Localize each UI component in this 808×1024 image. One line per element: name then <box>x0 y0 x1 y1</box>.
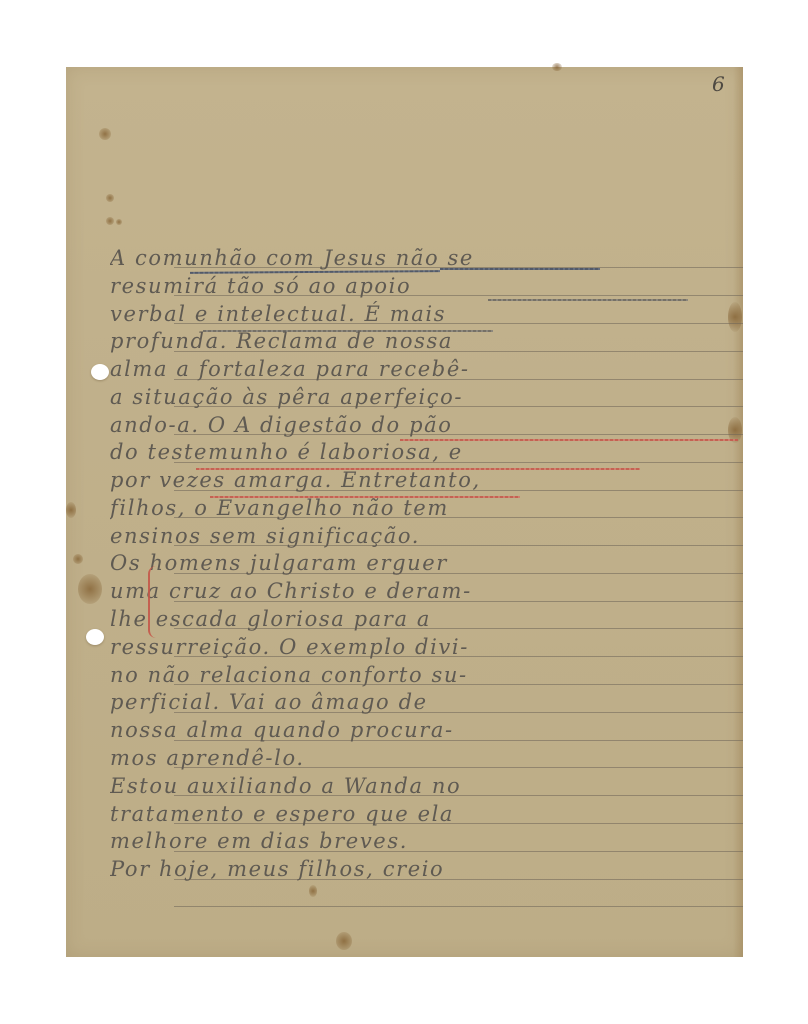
underline-blue <box>440 268 600 270</box>
handwritten-line: ando-a. O A digestão do pão <box>110 409 676 437</box>
handwritten-line: A comunhão com Jesus não se <box>110 242 676 270</box>
handwritten-line: tratamento e espero que ela <box>110 798 676 826</box>
stain <box>309 885 317 897</box>
handwritten-line: lhe escada gloriosa para a <box>110 603 676 631</box>
handwritten-line: melhore em dias breves. <box>110 825 676 853</box>
stain <box>116 219 122 225</box>
handwritten-line: ensinos sem significação. <box>110 520 676 548</box>
handwritten-line: no não relaciona conforto su- <box>110 659 676 687</box>
punch-hole <box>91 364 109 380</box>
handwritten-line: verbal e intelectual. É mais <box>110 298 676 326</box>
handwritten-line: Estou auxiliando a Wanda no <box>110 770 676 798</box>
underline-red <box>196 468 640 470</box>
stain <box>336 932 352 950</box>
stain <box>552 63 562 71</box>
handwritten-line: Os homens julgaram erguer <box>110 547 676 575</box>
handwritten-line: alma a fortaleza para recebê- <box>110 353 676 381</box>
underline-gray <box>203 330 493 332</box>
underline-gray <box>488 299 688 301</box>
handwritten-line: uma cruz ao Christo e deram- <box>110 575 676 603</box>
page-number: 6 <box>712 72 725 96</box>
stain <box>66 502 76 518</box>
stain <box>78 574 102 604</box>
handwritten-line: nossa alma quando procura- <box>110 714 676 742</box>
handwritten-line: a situação às pêra aperfeiço- <box>110 381 676 409</box>
underline-red <box>210 496 520 498</box>
stain <box>728 302 742 332</box>
handwritten-line: resumirá tão só ao apoio <box>110 270 676 298</box>
handwritten-line: perficial. Vai ao âmago de <box>110 686 676 714</box>
underline-red <box>400 439 738 441</box>
stain <box>106 217 114 225</box>
margin-bracket-red <box>148 566 162 638</box>
handwritten-line: mos aprendê-lo. <box>110 742 676 770</box>
stain <box>106 194 114 202</box>
ruled-line <box>174 906 743 907</box>
handwritten-line: ressurreição. O exemplo divi- <box>110 631 676 659</box>
punch-hole <box>86 629 104 645</box>
stain <box>73 554 83 564</box>
handwritten-line: Por hoje, meus filhos, creio <box>110 853 676 881</box>
stain <box>99 128 111 140</box>
